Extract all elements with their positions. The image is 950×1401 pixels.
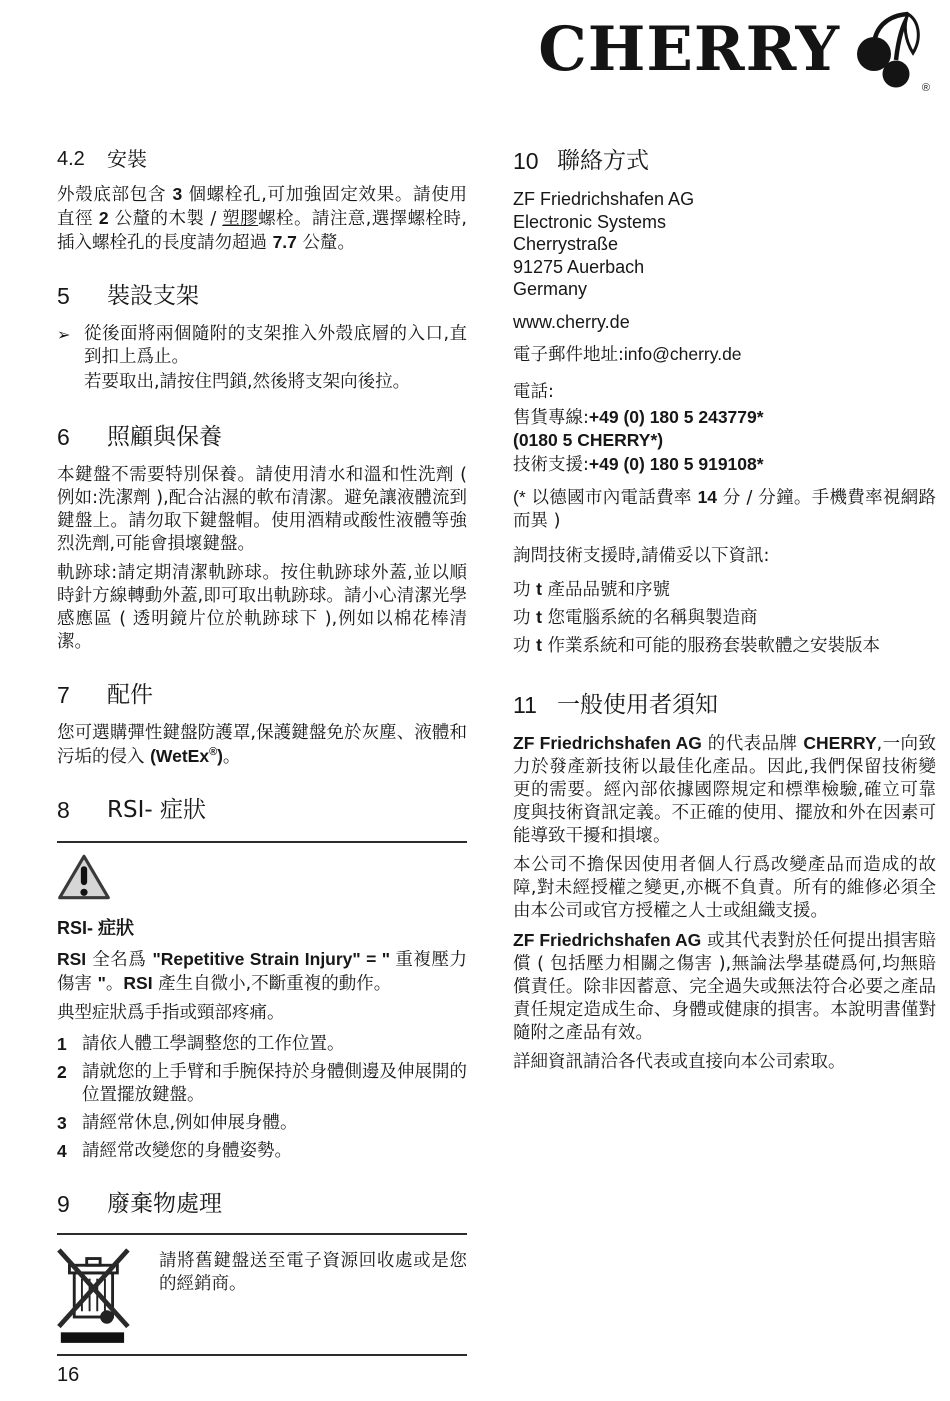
section-number: 11 bbox=[513, 690, 557, 720]
list-item-text: 請就您的上手臂和手腕保持於身體側邊及伸展開的位置擺放鍵盤。 bbox=[82, 1061, 467, 1107]
general-info-paragraph-3: ZF Friedrichshafen AG 或其代表對於任何提出損害賠償 ( 包… bbox=[513, 929, 936, 1045]
phone-label: 電話: bbox=[513, 381, 936, 404]
section-contact: 10 聯絡方式 ZF Friedrichshafen AG Electronic… bbox=[513, 146, 936, 660]
section-heading: 8 RSI- 症狀 bbox=[57, 795, 467, 825]
section-heading: 5 裝設支架 bbox=[57, 281, 467, 311]
section-heading: 4.2 安裝 bbox=[57, 146, 467, 172]
list-item: 2 請就您的上手臂和手腕保持於身體側邊及伸展開的位置擺放鍵盤。 bbox=[57, 1061, 467, 1107]
instruction-bullet: ➢ 從後面將兩個隨附的支架推入外殼底層的入口,直到扣上爲止。 若要取出,請按住閂… bbox=[57, 323, 467, 396]
page-number: 16 bbox=[57, 1364, 79, 1387]
section-heading: 7 配件 bbox=[57, 680, 467, 710]
support-info-list: 功 t 產品品號和序號 功 t 您電腦系統的名稱與製造商 功 t 作業系統和可能… bbox=[513, 576, 936, 660]
section-title: 裝設支架 bbox=[107, 281, 199, 311]
disposal-text-wrap: 請將舊鍵盤送至電子資源回收處或是您的經銷商。 bbox=[159, 1244, 467, 1348]
section-number: 6 bbox=[57, 422, 107, 452]
section-heading: 9 廢棄物處理 bbox=[57, 1189, 467, 1219]
right-column: 10 聯絡方式 ZF Friedrichshafen AG Electronic… bbox=[513, 146, 936, 1356]
left-column: 4.2 安裝 外殼底部包含 3 個螺栓孔,可加強固定效果。請使用直徑 2 公釐的… bbox=[57, 146, 467, 1356]
cherry-logo: CHERRY ® bbox=[538, 8, 926, 96]
arrow-bullet-icon: ➢ bbox=[57, 323, 84, 396]
list-item-number: 3 bbox=[57, 1112, 82, 1135]
section-number: 10 bbox=[513, 146, 557, 176]
rsi-paragraph-1: RSI 全名爲 "Repetitive Strain Injury" = " 重… bbox=[57, 948, 467, 996]
section-rsi: 8 RSI- 症狀 RSI- 症狀 RSI 全名爲 "Repetitive St… bbox=[57, 795, 467, 1163]
section-number: 5 bbox=[57, 281, 107, 311]
installation-paragraph: 外殼底部包含 3 個螺栓孔,可加強固定效果。請使用直徑 2 公釐的木製 / 塑膠… bbox=[57, 183, 467, 255]
section-title: 照顧與保養 bbox=[107, 422, 222, 452]
rsi-paragraph-2: 典型症狀爲手指或頸部疼痛。 bbox=[57, 1002, 467, 1025]
tech-support-line: 技術支援:+49 (0) 180 5 919108* bbox=[513, 453, 936, 477]
rsi-tips-list: 1 請依人體工學調整您的工作位置。 2 請就您的上手臂和手腕保持於身體側邊及伸展… bbox=[57, 1033, 467, 1163]
address-line: 91275 Auerbach bbox=[513, 256, 936, 279]
support-info-intro: 詢問技術支援時,請備妥以下資訊: bbox=[513, 545, 936, 568]
cherries-graphic bbox=[844, 8, 926, 96]
sales-hotline: 售貨專線:+49 (0) 180 5 243779* bbox=[513, 406, 936, 430]
section-care: 6 照顧與保養 本鍵盤不需要特別保養。請使用清水和溫和性洗劑 ( 例如:洗潔劑 … bbox=[57, 422, 467, 654]
list-item: 4 請經常改變您的身體姿勢。 bbox=[57, 1140, 467, 1163]
section-heading: 11 一般使用者須知 bbox=[513, 690, 936, 720]
rsi-subheading: RSI- 症狀 bbox=[57, 916, 467, 940]
bullet-text: 從後面將兩個隨附的支架推入外殼底層的入口,直到扣上爲止。 bbox=[84, 323, 467, 369]
section-mounting-brackets: 5 裝設支架 ➢ 從後面將兩個隨附的支架推入外殼底層的入口,直到扣上爲止。 若要… bbox=[57, 281, 467, 396]
call-rate-note: (* 以德國市內電話費率 14 分 / 分鐘。手機費率視網路而異 ) bbox=[513, 486, 936, 533]
company-address: ZF Friedrichshafen AG Electronic Systems… bbox=[513, 188, 936, 301]
section-title: RSI- 症狀 bbox=[107, 795, 206, 825]
section-title: 聯絡方式 bbox=[557, 146, 649, 176]
list-item: 3 請經常休息,例如伸展身體。 bbox=[57, 1112, 467, 1135]
page-columns: 4.2 安裝 外殼底部包含 3 個螺栓孔,可加強固定效果。請使用直徑 2 公釐的… bbox=[57, 146, 936, 1356]
section-number: 8 bbox=[57, 795, 107, 825]
list-item-text: 請經常改變您的身體姿勢。 bbox=[82, 1140, 467, 1163]
section-disposal: 9 廢棄物處理 bbox=[57, 1189, 467, 1356]
section-number: 7 bbox=[57, 680, 107, 710]
address-line: ZF Friedrichshafen AG bbox=[513, 188, 936, 211]
section-heading: 10 聯絡方式 bbox=[513, 146, 936, 176]
address-line: Cherrystraße bbox=[513, 233, 936, 256]
section-general-user-info: 11 一般使用者須知 ZF Friedrichshafen AG 的代表品牌 C… bbox=[513, 690, 936, 1074]
cherry-wordmark: CHERRY bbox=[538, 8, 840, 92]
section-number: 9 bbox=[57, 1189, 107, 1219]
support-info-item: 功 t 產品品號和序號 bbox=[513, 576, 936, 604]
general-info-paragraph-1: ZF Friedrichshafen AG 的代表品牌 CHERRY,一向致力於… bbox=[513, 732, 936, 848]
care-paragraph-1: 本鍵盤不需要特別保養。請使用清水和溫和性洗劑 ( 例如:洗潔劑 ),配合沾濕的軟… bbox=[57, 464, 467, 556]
manual-page: CHERRY ® 4.2 安裝 外殼底部包含 3 個螺栓孔,可加強固定效果。請使… bbox=[0, 0, 950, 1401]
care-paragraph-2: 軌跡球:請定期清潔軌跡球。按住軌跡球外蓋,並以順時針方線轉動外蓋,即可取出軌跡球… bbox=[57, 562, 467, 654]
list-item-number: 1 bbox=[57, 1033, 82, 1056]
disposal-note: 請將舊鍵盤送至電子資源回收處或是您的經銷商。 bbox=[57, 1233, 467, 1356]
weee-iconwrap bbox=[57, 1244, 159, 1348]
address-line: Germany bbox=[513, 278, 936, 301]
section-accessories: 7 配件 您可選購彈性鍵盤防護罩,保護鍵盤免於灰塵、液體和污垢的侵入 (WetE… bbox=[57, 680, 467, 769]
general-info-paragraph-2: 本公司不擔保因使用者個人行爲改變產品而造成的故障,對未經授權之變更,亦概不負責。… bbox=[513, 854, 936, 923]
warning-note bbox=[57, 841, 467, 902]
list-item-number: 2 bbox=[57, 1061, 82, 1107]
website-link: www.cherry.de bbox=[513, 311, 936, 333]
list-item-number: 4 bbox=[57, 1140, 82, 1163]
section-installation: 4.2 安裝 外殼底部包含 3 個螺栓孔,可加強固定效果。請使用直徑 2 公釐的… bbox=[57, 146, 467, 255]
list-item-text: 請經常休息,例如伸展身體。 bbox=[82, 1112, 467, 1135]
bullet-subtext: 若要取出,請按住閂鎖,然後將支架向後拉。 bbox=[84, 371, 467, 394]
section-title: 安裝 bbox=[107, 146, 147, 172]
general-info-paragraph-4: 詳細資訊請洽各代表或直接向本公司索取。 bbox=[513, 1051, 936, 1074]
section-title: 廢棄物處理 bbox=[107, 1189, 222, 1219]
list-item: 1 請依人體工學調整您的工作位置。 bbox=[57, 1033, 467, 1056]
bullet-body: 從後面將兩個隨附的支架推入外殼底層的入口,直到扣上爲止。 若要取出,請按住閂鎖,… bbox=[84, 323, 467, 396]
sales-hotline-alt: (0180 5 CHERRY*) bbox=[513, 429, 936, 453]
address-line: Electronic Systems bbox=[513, 211, 936, 234]
section-title: 一般使用者須知 bbox=[557, 690, 718, 720]
section-title: 配件 bbox=[107, 680, 153, 710]
registered-mark: ® bbox=[922, 82, 930, 94]
section-heading: 6 照顧與保養 bbox=[57, 422, 467, 452]
section-number: 4.2 bbox=[57, 146, 107, 172]
list-item-text: 請依人體工學調整您的工作位置。 bbox=[82, 1033, 467, 1056]
email-line: 電子郵件地址:info@cherry.de bbox=[513, 343, 936, 367]
weee-bin-icon bbox=[57, 1244, 149, 1344]
cherry-icon: ® bbox=[844, 8, 926, 96]
support-info-item: 功 t 您電腦系統的名稱與製造商 bbox=[513, 604, 936, 632]
warning-triangle-icon bbox=[57, 852, 111, 902]
accessories-paragraph: 您可選購彈性鍵盤防護罩,保護鍵盤免於灰塵、液體和污垢的侵入 (WetEx®)。 bbox=[57, 722, 467, 769]
support-info-item: 功 t 作業系統和可能的服務套裝軟體之安裝版本 bbox=[513, 632, 936, 660]
disposal-text: 請將舊鍵盤送至電子資源回收處或是您的經銷商。 bbox=[159, 1250, 467, 1296]
